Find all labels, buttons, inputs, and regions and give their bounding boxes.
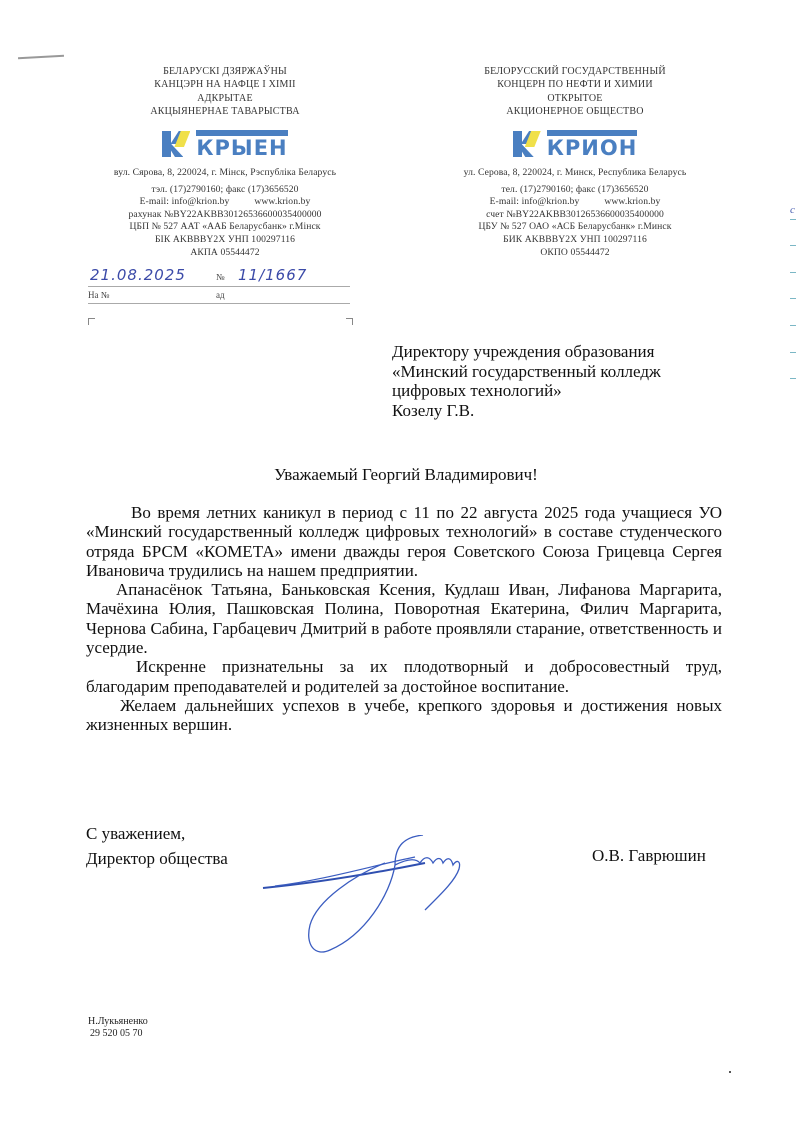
edge-tick [790,272,796,273]
contact-line: E-mail: info@krion.by www.krion.by [80,196,370,209]
edge-tick [790,298,796,299]
addressee-line: «Минский государственный колледж [392,362,712,382]
letter-body: Во время летних каникул в период с 11 по… [86,503,722,735]
contact-line: БИК AKBBBY2X УНП 100297116 [430,234,720,247]
body-paragraph: Апанасёнок Татьяна, Баньковская Ксения, … [86,580,722,657]
edge-tick [790,352,796,353]
edge-tick [790,325,796,326]
closing-position: Директор общества [86,846,228,871]
contact-line: E-mail: info@krion.by www.krion.by [430,196,720,209]
registration-block: 21.08.2025 № 11/1667 На № ад [88,266,350,304]
letterhead-left-line: БЕЛАРУСКІ ДЗЯРЖАЎНЫ [80,66,370,79]
executor-info: Н.Лукьяненко 29 520 05 70 [88,1016,148,1040]
letterhead-left-line: АКЦЫЯНЕРНАЕ ТАВАРЫСТВА [80,106,370,119]
body-paragraph: Желаем дальнейших успехов в учебе, крепк… [86,696,722,735]
number-label: № [216,272,225,282]
ref-from-label: ад [216,290,225,300]
ref-label: На № [88,290,109,300]
corner-mark-left [88,318,95,325]
body-paragraph: Во время летних каникул в период с 11 по… [86,503,722,580]
registration-date: 21.08.2025 [90,266,186,284]
contact-line: рахунак №BY22AKBB30126536600035400000 [80,209,370,222]
scan-dot [729,1071,731,1073]
letterhead-left: БЕЛАРУСКІ ДЗЯРЖАЎНЫ КАНЦЭРН НА НАФЦЕ І Х… [80,66,370,259]
corner-mark-right [346,318,353,325]
contact-line: БІК AKBBBY2X УНП 100297116 [80,234,370,247]
company-logo-right: КРИОН [430,130,720,158]
scan-mark [18,55,64,59]
contact-line: тэл. (17)2790160; факс (17)3656520 [80,184,370,197]
address-right: ул. Серова, 8, 220024, г. Минск, Республ… [430,167,720,180]
edge-tick [790,245,796,246]
letterhead-left-line: КАНЦЭРН НА НАФЦЕ І ХІМІІ [80,79,370,92]
logo-mark-icon [513,131,543,157]
letterhead-right: БЕЛОРУССКИЙ ГОСУДАРСТВЕННЫЙ КОНЦЕРН ПО Н… [430,66,720,259]
registration-number: 11/1667 [238,266,307,284]
edge-tick [790,378,796,379]
contact-line: тел. (17)2790160; факс (17)3656520 [430,184,720,197]
logo-text: КРИОН [547,138,638,158]
body-paragraph: Искренне признательны за их плодотворный… [86,657,722,696]
contact-line: счет №BY22AKBB30126536600035400000 [430,209,720,222]
company-logo-left: КРЫЕН [80,130,370,158]
signature-image [255,835,485,965]
addressee-line: Директору учреждения образования [392,342,712,362]
letterhead-right-line: БЕЛОРУССКИЙ ГОСУДАРСТВЕННЫЙ [430,66,720,79]
edge-tick [790,219,796,220]
letterhead-right-line: АКЦИОНЕРНОЕ ОБЩЕСТВО [430,106,720,119]
edge-mark-glyph: c [790,204,795,216]
closing-block: С уважением, Директор общества [86,821,228,871]
address-left: вул. Сярова, 8, 220024, г. Мінск, Рэспуб… [80,167,370,180]
signatory-name: О.В. Гаврюшин [592,846,706,866]
logo-text: КРЫЕН [196,138,287,158]
logo-mark-icon [162,131,192,157]
contact-line: ОКПО 05544472 [430,247,720,260]
letterhead-right-line: КОНЦЕРН ПО НЕФТИ И ХИМИИ [430,79,720,92]
letterhead-left-line: АДКРЫТАЕ [80,93,370,106]
contact-line: ЦБУ № 527 ОАО «АСБ Беларусбанк» г.Минск [430,221,720,234]
addressee-line: Козелу Г.В. [392,401,712,421]
contact-line: АКПА 05544472 [80,247,370,260]
executor-phone: 29 520 05 70 [88,1028,148,1040]
addressee-block: Директору учреждения образования «Мински… [392,342,712,420]
executor-name: Н.Лукьяненко [88,1016,148,1028]
addressee-line: цифровых технологий» [392,381,712,401]
salutation: Уважаемый Георгий Владимирович! [0,465,800,485]
letterhead-right-line: ОТКРЫТОЕ [430,93,720,106]
closing-regards: С уважением, [86,821,228,846]
contact-line: ЦБП № 527 ААТ «ААБ Беларусбанк» г.Мінск [80,221,370,234]
